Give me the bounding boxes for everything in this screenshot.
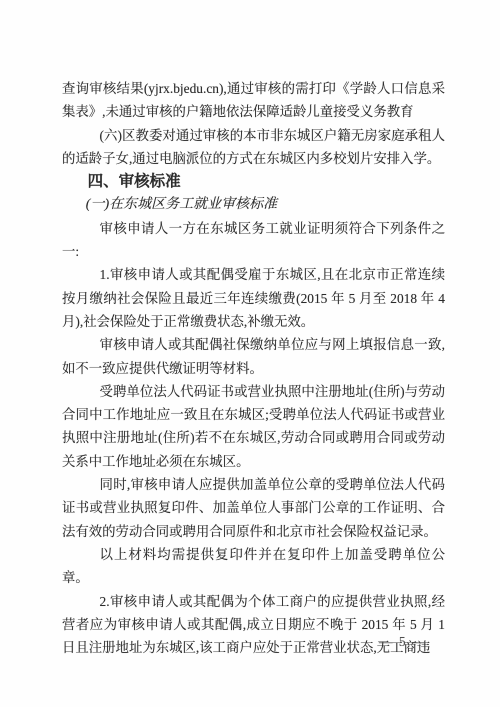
paragraph-required-materials: 同时,审核申请人应提供加盖单位公章的受聘单位法人代码证书或营业执照复印件、加盖单…: [62, 473, 445, 543]
paragraph-employer-address: 受聘单位法人代码证书或营业执照中注册地址(住所)与劳动合同中工作地址应一致且在东…: [62, 380, 445, 473]
paragraph-copies-note: 以上材料均需提供复印件并在复印件上加盖受聘单位公章。: [62, 543, 445, 590]
paragraph-social-security: 审核申请人或其配偶社保缴纳单位应与网上填报信息一致,如不一致应提供代缴证明等材料…: [62, 333, 445, 380]
subsection-heading: (一)在东城区务工就业审核标准: [62, 193, 445, 216]
paragraph-item-six: (六)区教委对通过审核的本市非东城区户籍无房家庭承租人的适龄子女,通过电脑派位的…: [62, 124, 445, 171]
page-number: — 5 —: [379, 634, 427, 650]
document-text-block: 查询审核结果(yjrx.bjedu.cn),通过审核的需打印《学龄人口信息采集表…: [62, 77, 445, 659]
paragraph-continuation: 查询审核结果(yjrx.bjedu.cn),通过审核的需打印《学龄人口信息采集表…: [62, 77, 445, 124]
paragraph-conditions-intro: 审核申请人一方在东城区务工就业证明须符合下列条件之一:: [62, 217, 445, 264]
section-heading: 四、审核标准: [62, 170, 445, 193]
paragraph-condition-1: 1.审核申请人或其配偶受雇于东城区,且在北京市正常连续按月缴纳社会保险且最近三年…: [62, 263, 445, 333]
document-page: 查询审核结果(yjrx.bjedu.cn),通过审核的需打印《学龄人口信息采集表…: [0, 0, 500, 707]
